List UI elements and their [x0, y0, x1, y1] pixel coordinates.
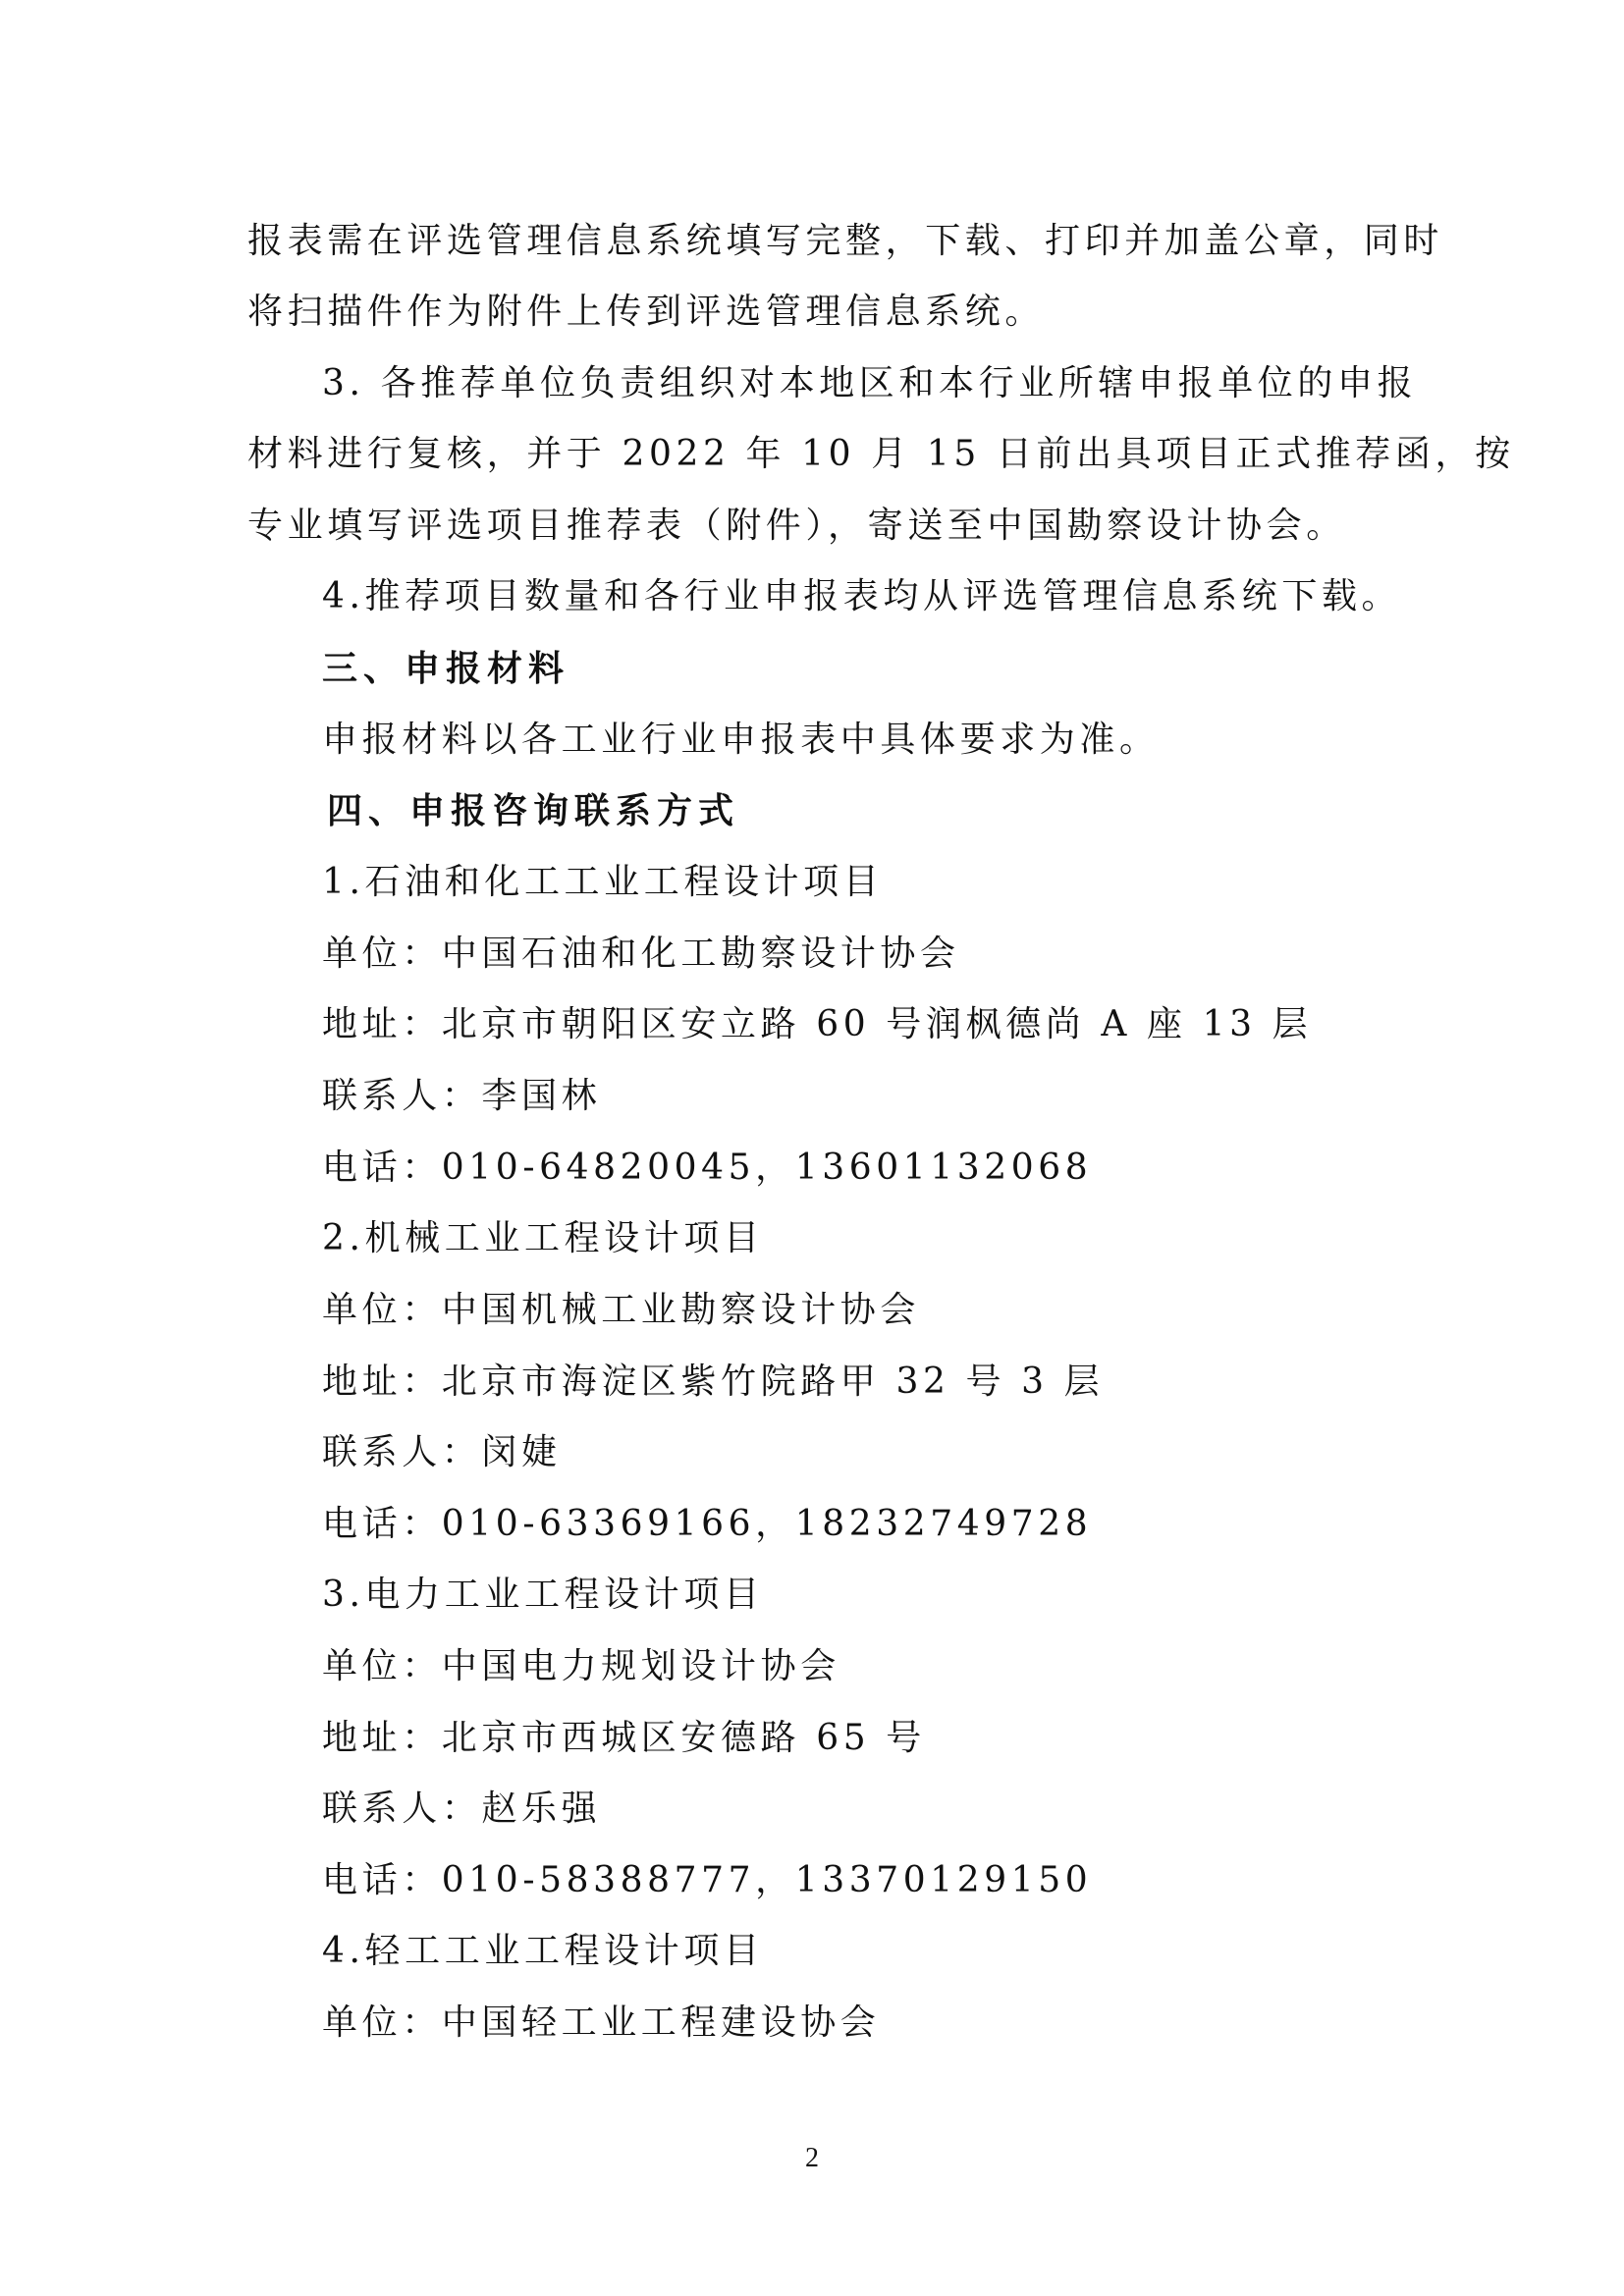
document-page: 报表需在评选管理信息系统填写完整，下载、打印并加盖公章，同时 将扫描件作为附件上… [0, 0, 1624, 2296]
contact-phone: 电话：010-64820045，13601132068 [322, 1150, 1092, 1186]
paragraph-line: 材料进行复核，并于 2022 年 10 月 15 日前出具项目正式推荐函，按 [247, 437, 1515, 472]
paragraph-line: 专业填写评选项目推荐表（附件），寄送至中国勘察设计协会。 [247, 508, 1346, 544]
contact-person: 联系人：赵乐强 [322, 1791, 601, 1827]
contact-phone: 电话：010-63369166，18232749728 [322, 1507, 1092, 1542]
contact-address: 地址：北京市朝阳区安立路 60 号润枫德尚 A 座 13 层 [322, 1007, 1312, 1042]
contact-person: 联系人：李国林 [322, 1079, 601, 1114]
contact-address: 地址：北京市西城区安德路 65 号 [322, 1721, 926, 1756]
contact-person: 联系人：闵婕 [322, 1435, 562, 1470]
contact-unit: 单位：中国石油和化工勘察设计协会 [322, 936, 960, 972]
section-heading: 四、申报咨询联系方式 [327, 793, 739, 828]
contact-unit: 单位：中国电力规划设计协会 [322, 1649, 840, 1684]
page-number: 2 [805, 2143, 819, 2174]
section-heading: 三、申报材料 [322, 651, 569, 686]
paragraph-line: 报表需在评选管理信息系统填写完整，下载、打印并加盖公章，同时 [247, 224, 1443, 259]
contact-title: 2.机械工业工程设计项目 [322, 1221, 764, 1256]
contact-title: 4.轻工工业工程设计项目 [322, 1934, 764, 1969]
paragraph-line: 将扫描件作为附件上传到评选管理信息系统。 [247, 294, 1045, 330]
contact-address: 地址：北京市海淀区紫竹院路甲 32 号 3 层 [322, 1364, 1104, 1400]
paragraph-line: 4.推荐项目数量和各行业申报表均从评选管理信息系统下载。 [322, 579, 1401, 614]
contact-title: 1.石油和化工工业工程设计项目 [322, 865, 883, 900]
contact-unit: 单位：中国轻工业工程建设协会 [322, 2005, 880, 2041]
section-text: 申报材料以各工业行业申报表中具体要求为准。 [322, 722, 1160, 758]
contact-unit: 单位：中国机械工业勘察设计协会 [322, 1293, 920, 1328]
contact-phone: 电话：010-58388777，13370129150 [322, 1863, 1092, 1898]
paragraph-line: 3. 各推荐单位负责组织对本地区和本行业所辖申报单位的申报 [322, 366, 1417, 401]
contact-title: 3.电力工业工程设计项目 [322, 1577, 764, 1613]
